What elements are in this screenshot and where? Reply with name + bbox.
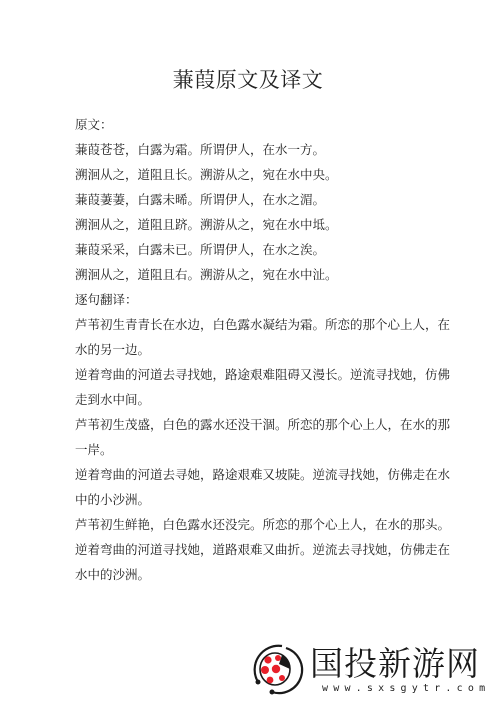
translation-line: 水中的沙洲。 bbox=[75, 562, 435, 587]
translation-line: 逆着弯曲的河道寻找她，道路艰难又曲折。逆流去寻找她，仿佛走在 bbox=[75, 537, 435, 562]
translation-heading: 逐句翻译： bbox=[75, 287, 435, 312]
translation-line: 芦苇初生鲜艳，白色露水还没完。所恋的那个心上人，在水的那头。 bbox=[75, 512, 435, 537]
translation-line: 芦苇初生茂盛，白色的露水还没干涸。所恋的那个心上人，在水的那 bbox=[75, 412, 435, 437]
original-line: 溯洄从之，道阻且跻。溯游从之，宛在水中坻。 bbox=[75, 212, 435, 237]
translation-line: 一岸。 bbox=[75, 437, 435, 462]
translation-line: 走到水中间。 bbox=[75, 387, 435, 412]
watermark-url: www.sxsgytr.com bbox=[322, 683, 490, 694]
document-title: 蒹葭原文及译文 bbox=[0, 64, 496, 94]
translation-line: 水的另一边。 bbox=[75, 337, 435, 362]
original-line: 蒹葭萋萋，白露未晞。所谓伊人，在水之湄。 bbox=[75, 187, 435, 212]
original-line: 蒹葭苍苍，白露为霜。所谓伊人，在水一方。 bbox=[75, 137, 435, 162]
translation-line: 中的小沙洲。 bbox=[75, 487, 435, 512]
ladybug-icon bbox=[246, 638, 306, 698]
original-line: 溯洄从之，道阻且右。溯游从之，宛在水中沚。 bbox=[75, 262, 435, 287]
translation-line: 芦苇初生青青长在水边，白色露水凝结为霜。所恋的那个心上人，在 bbox=[75, 312, 435, 337]
document-body: 原文： 蒹葭苍苍，白露为霜。所谓伊人，在水一方。 溯洄从之，道阻且长。溯游从之，… bbox=[75, 112, 435, 587]
watermark-logo: 国投新游网 www.sxsgytr.com bbox=[240, 628, 496, 702]
watermark-site-name: 国投新游网 bbox=[310, 638, 480, 685]
translation-line: 逆着弯曲的河道去寻找她，路途艰难阻碍又漫长。逆流寻找她，仿佛 bbox=[75, 362, 435, 387]
original-line: 溯洄从之，道阻且长。溯游从之，宛在水中央。 bbox=[75, 162, 435, 187]
original-line: 蒹葭采采，白露未已。所谓伊人，在水之涘。 bbox=[75, 237, 435, 262]
original-heading: 原文： bbox=[75, 112, 435, 137]
translation-line: 逆着弯曲的河道去寻她，路途艰难又坡陡。逆流寻找她，仿佛走在水 bbox=[75, 462, 435, 487]
